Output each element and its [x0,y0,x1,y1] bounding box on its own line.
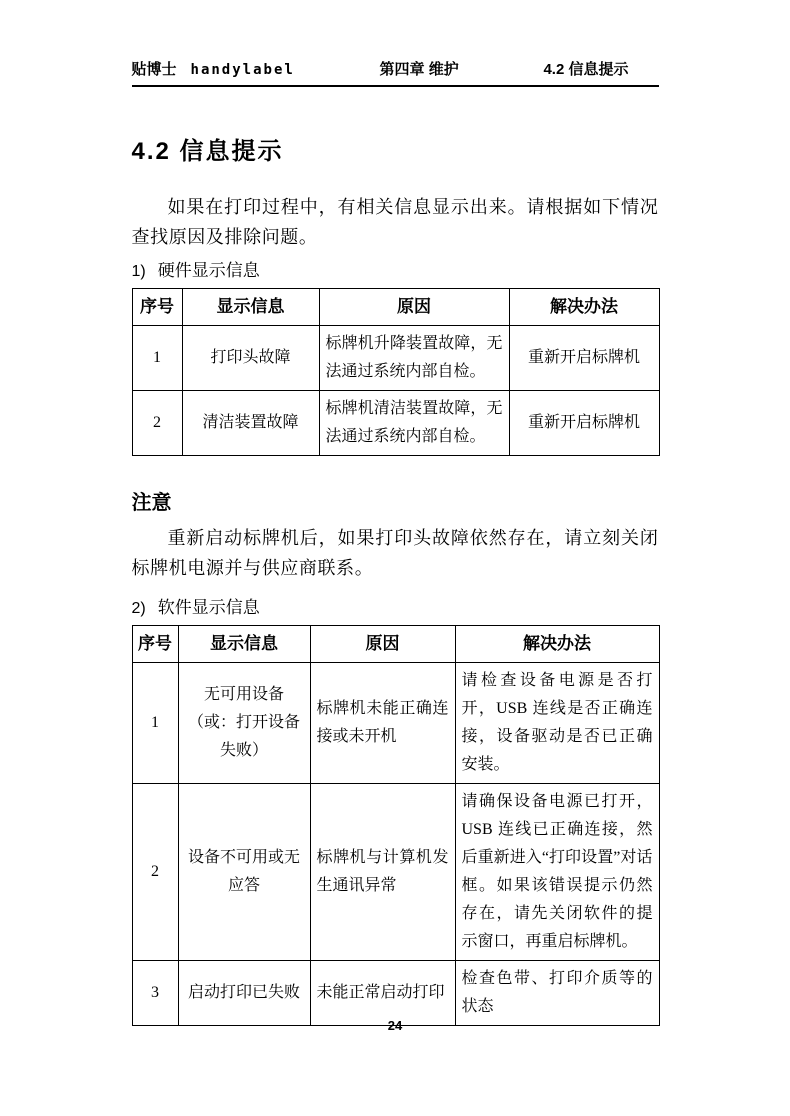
page-number: 24 [0,1018,790,1033]
table-header-row: 序号 显示信息 原因 解决办法 [132,626,659,663]
cell-solution: 检查色带、打印介质等的状态 [455,961,659,1026]
note-body: 重新启动标牌机后，如果打印头故障依然存在，请立刻关闭标牌机电源并与供应商联系。 [132,523,659,583]
cell-index: 2 [132,391,182,456]
section-title: 软件显示信息 [158,595,260,621]
hardware-table: 序号 显示信息 原因 解决办法 1 打印头故障 标牌机升降装置故障，无法通过系统… [132,288,660,456]
cell-message: 无可用设备（或：打开设备失败） [178,663,310,784]
table-row: 1 无可用设备（或：打开设备失败） 标牌机未能正确连接或未开机 请检查设备电源是… [132,663,659,784]
header-chapter: 第四章 维护 [380,58,459,79]
table-header-row: 序号 显示信息 原因 解决办法 [132,289,659,326]
cell-message: 启动打印已失败 [178,961,310,1026]
col-header: 显示信息 [182,289,319,326]
cell-message: 清洁装置故障 [182,391,319,456]
col-header: 序号 [132,626,178,663]
col-header: 原因 [319,289,509,326]
cell-solution: 重新开启标牌机 [509,326,659,391]
table-row: 1 打印头故障 标牌机升降装置故障，无法通过系统内部自检。 重新开启标牌机 [132,326,659,391]
col-header: 序号 [132,289,182,326]
table-row: 2 设备不可用或无应答 标牌机与计算机发生通讯异常 请确保设备电源已打开，USB… [132,784,659,961]
cell-cause: 未能正常启动打印 [310,961,455,1026]
cell-solution: 请检查设备电源是否打开，USB 连线是否正确连接，设备驱动是否已正确安装。 [455,663,659,784]
cell-cause: 标牌机升降装置故障，无法通过系统内部自检。 [319,326,509,391]
running-header: 贴博士 handylabel 第四章 维护 4.2 信息提示 [132,58,659,87]
section-hardware: 1) 硬件显示信息 [132,258,659,285]
cell-index: 1 [132,663,178,784]
cell-cause: 标牌机清洁装置故障，无法通过系统内部自检。 [319,391,509,456]
intro-paragraph: 如果在打印过程中，有相关信息显示出来。请根据如下情况查找原因及排除问题。 [132,192,659,252]
section-software: 2) 软件显示信息 [132,595,659,622]
cell-index: 3 [132,961,178,1026]
cell-index: 1 [132,326,182,391]
cell-message: 打印头故障 [182,326,319,391]
table-row: 3 启动打印已失败 未能正常启动打印 检查色带、打印介质等的状态 [132,961,659,1026]
col-header: 解决办法 [455,626,659,663]
cell-solution: 请确保设备电源已打开，USB 连线已正确连接，然后重新进入“打印设置”对话框。如… [455,784,659,961]
col-header: 原因 [310,626,455,663]
cell-index: 2 [132,784,178,961]
software-table: 序号 显示信息 原因 解决办法 1 无可用设备（或：打开设备失败） 标牌机未能正… [132,625,660,1026]
table-row: 2 清洁装置故障 标牌机清洁装置故障，无法通过系统内部自检。 重新开启标牌机 [132,391,659,456]
manual-page: 贴博士 handylabel 第四章 维护 4.2 信息提示 4.2 信息提示 … [0,0,790,1116]
cell-cause: 标牌机未能正确连接或未开机 [310,663,455,784]
header-section: 4.2 信息提示 [543,58,658,79]
cell-solution: 重新开启标牌机 [509,391,659,456]
header-left: 贴博士 handylabel [132,58,295,79]
col-header: 解决办法 [509,289,659,326]
header-product: handylabel [191,62,295,78]
section-label: 1) [132,259,146,285]
section-title: 硬件显示信息 [158,258,260,284]
note-title: 注意 [132,486,659,515]
page-content: 贴博士 handylabel 第四章 维护 4.2 信息提示 4.2 信息提示 … [132,58,659,1026]
page-title: 4.2 信息提示 [132,131,659,166]
cell-message: 设备不可用或无应答 [178,784,310,961]
header-brand: 贴博士 [132,58,177,79]
col-header: 显示信息 [178,626,310,663]
cell-cause: 标牌机与计算机发生通讯异常 [310,784,455,961]
section-label: 2) [132,596,146,622]
